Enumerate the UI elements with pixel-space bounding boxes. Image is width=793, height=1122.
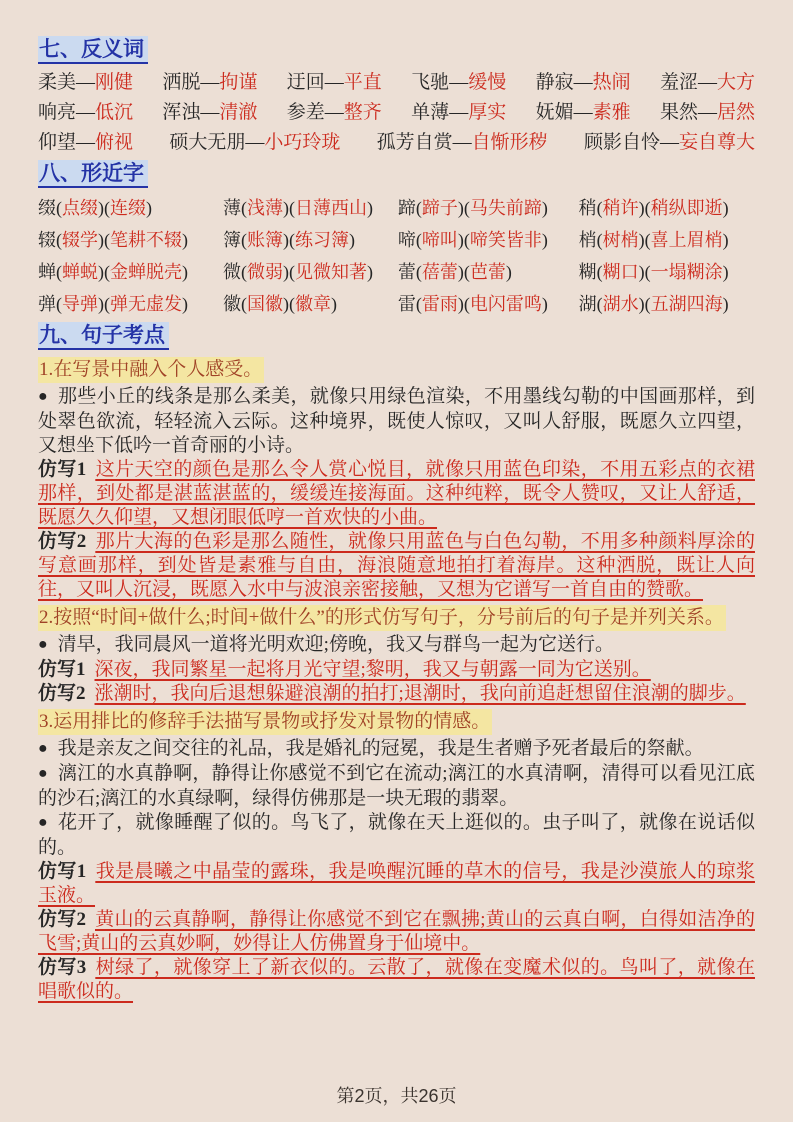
similar-char-word: 点缀 xyxy=(62,198,98,218)
antonym-row: 仰望—俯视硕大无朋—小巧玲珑孤芳自赏—自惭形秽顾影自怜—妄自尊大 xyxy=(38,128,755,158)
bullet-icon: ● xyxy=(38,636,48,653)
similar-char-head: 簿 xyxy=(223,230,241,250)
paren-close: ) xyxy=(542,294,548,314)
example-text: 花开了，就像睡醒了似的。鸟飞了，就像在天上逛似的。虫子叫了，就像在说话似的。 xyxy=(38,812,755,858)
similar-char-word: 日薄西山 xyxy=(295,198,367,218)
antonym-pair: 妩媚—素雅 xyxy=(536,98,631,128)
antonym-pair: 飞驰—缓慢 xyxy=(411,68,506,98)
paren-close: ) xyxy=(182,294,188,314)
imitation-text: 那片大海的色彩是那么随性，就像只用蓝色与白色勾勒，不用多种颜料厚涂的写意画那样，… xyxy=(38,531,755,600)
antonym-dash: — xyxy=(325,102,344,123)
similar-char-head: 弹 xyxy=(38,294,56,314)
imitation-text: 这片天空的颜色是那么令人赏心悦目，就像只用蓝色印染，不用五彩点的衣裙那样，到处都… xyxy=(38,459,755,528)
imitation-text: 黄山的云真静啊，静得让你感觉不到它在飘拂;黄山的云真白啊，白得如洁净的飞雪;黄山… xyxy=(38,909,755,954)
antonym-word: 妩媚 xyxy=(536,102,574,123)
antonym-word: 洒脱 xyxy=(162,72,200,93)
paren-close: ) xyxy=(182,230,188,250)
similar-char-head: 徽 xyxy=(223,294,241,314)
antonym-answer: 大方 xyxy=(717,72,755,93)
antonym-dash: — xyxy=(76,72,95,93)
antonym-pair: 浑浊—清澈 xyxy=(162,98,257,128)
antonym-dash: — xyxy=(200,102,219,123)
similar-char-head: 蝉 xyxy=(38,262,56,282)
similar-char-entry: 蝉(蝉蜕)(金蝉脱壳) xyxy=(38,256,223,288)
paren-close: ) xyxy=(723,262,729,282)
antonym-list: 柔美—刚健洒脱—拘谨迂回—平直飞驰—缓慢静寂—热闹羞涩—大方响亮—低沉浑浊—清澈… xyxy=(38,68,755,158)
antonym-answer: 素雅 xyxy=(593,102,631,123)
antonym-answer: 厚实 xyxy=(468,102,506,123)
antonym-dash: — xyxy=(698,102,717,123)
similar-char-entry: 辍(辍学)(笔耕不辍) xyxy=(38,224,223,256)
similar-char-head: 辍 xyxy=(38,230,56,250)
antonym-answer: 低沉 xyxy=(95,102,133,123)
paren-close: ) xyxy=(146,198,152,218)
antonym-word: 浑浊 xyxy=(162,102,200,123)
antonym-word: 柔美 xyxy=(38,72,76,93)
imitation-label: 仿写2 xyxy=(38,683,86,704)
example-sentence: ●漓江的水真静啊，静得让你感觉不到它在流动;漓江的水真清啊，清得可以看见江底的沙… xyxy=(38,762,755,811)
example-text: 清早，我同晨风一道将光明欢迎;傍晚，我又与群鸟一起为它送行。 xyxy=(58,634,614,655)
antonym-dash: — xyxy=(453,132,472,153)
antonym-dash: — xyxy=(76,102,95,123)
antonym-dash: — xyxy=(660,132,679,153)
section-similar-chars: 八、形近字 缀(点缀)(连缀)薄(浅薄)(日薄西山)蹄(蹄子)(马失前蹄)稍(稍… xyxy=(38,160,755,320)
similar-char-word: 笔耕不辍 xyxy=(110,230,182,250)
antonym-answer: 小巧玲珑 xyxy=(264,132,340,153)
similar-char-word: 金蝉脱壳 xyxy=(110,262,182,282)
antonym-answer: 自惭形秽 xyxy=(472,132,548,153)
similar-char-head: 蹄 xyxy=(398,198,416,218)
similar-char-entry: 微(微弱)(见微知著) xyxy=(223,256,398,288)
paren-close: ) xyxy=(723,230,729,250)
imitation-sentence: 仿写1这片天空的颜色是那么令人赏心悦目，就像只用蓝色印染，不用五彩点的衣裙那样，… xyxy=(38,458,755,530)
similar-char-word: 芭蕾 xyxy=(470,262,506,282)
imitation-text: 我是晨曦之中晶莹的露珠，我是唤醒沉睡的草木的信号，我是沙漠旅人的琼浆玉液。 xyxy=(38,861,755,906)
similar-char-word: 喜上眉梢 xyxy=(651,230,723,250)
similar-char-word: 稍许 xyxy=(603,198,639,218)
example-text: 我是亲友之间交往的礼品，我是婚礼的冠冕，我是生者赠予死者最后的祭献。 xyxy=(58,738,704,759)
imitation-sentence: 仿写2那片大海的色彩是那么随性，就像只用蓝色与白色勾勒，不用多种颜料厚涂的写意画… xyxy=(38,530,755,602)
section-similar-chars-title: 八、形近字 xyxy=(38,160,148,188)
sentence-point-text: 2.按照“时间+做什么;时间+做什么”的形式仿写句子，分号前后的句子是并列关系。 xyxy=(38,605,726,631)
antonym-dash: — xyxy=(574,72,593,93)
paren-close: ) xyxy=(723,294,729,314)
antonym-word: 单薄 xyxy=(411,102,449,123)
similar-char-entry: 薄(浅薄)(日薄西山) xyxy=(223,192,398,224)
sentence-point-text: 3.运用排比的修辞手法描写景物或抒发对景物的情感。 xyxy=(38,709,492,735)
similar-char-word: 湖水 xyxy=(603,294,639,314)
paren-close: ) xyxy=(367,262,373,282)
antonym-pair: 参差—整齐 xyxy=(287,98,382,128)
antonym-word: 硕大无朋 xyxy=(169,132,245,153)
page-number: 第2页，共26页 xyxy=(0,1082,793,1108)
antonym-pair: 响亮—低沉 xyxy=(38,98,133,128)
antonym-word: 飞驰 xyxy=(411,72,449,93)
antonym-pair: 迂回—平直 xyxy=(287,68,382,98)
sentence-point: 2.按照“时间+做什么;时间+做什么”的形式仿写句子，分号前后的句子是并列关系。 xyxy=(38,605,755,630)
section-antonyms-title: 七、反义词 xyxy=(38,36,148,64)
antonym-word: 羞涩 xyxy=(660,72,698,93)
antonym-pair: 单薄—厚实 xyxy=(411,98,506,128)
imitation-label: 仿写3 xyxy=(38,957,86,978)
imitation-label: 仿写2 xyxy=(38,531,86,552)
antonym-answer: 俯视 xyxy=(95,132,133,153)
sentence-point-text: 1.在写景中融入个人感受。 xyxy=(38,357,264,383)
imitation-text: 涨潮时，我向后退想躲避浪潮的拍打;退潮时，我向前追赶想留住浪潮的脚步。 xyxy=(95,683,746,704)
antonym-answer: 居然 xyxy=(717,102,755,123)
similar-char-entry: 雷(雷雨)(电闪雷鸣) xyxy=(398,288,579,320)
imitation-text: 树绿了，就像穿上了新衣似的。云散了，就像在变魔术似的。鸟叫了，就像在唱歌似的。 xyxy=(38,957,755,1002)
antonym-pair: 洒脱—拘谨 xyxy=(162,68,257,98)
bullet-icon: ● xyxy=(38,814,48,831)
similar-char-word: 账簿 xyxy=(247,230,283,250)
imitation-label: 仿写2 xyxy=(38,909,86,930)
similar-char-entry: 簿(账簿)(练习簿) xyxy=(223,224,398,256)
antonym-word: 仰望 xyxy=(38,132,76,153)
similar-char-word: 电闪雷鸣 xyxy=(470,294,542,314)
imitation-sentence: 仿写2黄山的云真静啊，静得让你感觉不到它在飘拂;黄山的云真白啊，白得如洁净的飞雪… xyxy=(38,908,755,956)
antonym-word: 迂回 xyxy=(287,72,325,93)
antonym-pair: 静寂—热闹 xyxy=(536,68,631,98)
antonym-answer: 热闹 xyxy=(593,72,631,93)
similar-char-entry: 湖(湖水)(五湖四海) xyxy=(579,288,755,320)
sentence-items: 1.在写景中融入个人感受。●那些小丘的线条是那么柔美，就像只用绿色渲染，不用墨线… xyxy=(38,357,755,1004)
similar-char-word: 五湖四海 xyxy=(651,294,723,314)
antonym-answer: 整齐 xyxy=(344,102,382,123)
antonym-word: 参差 xyxy=(287,102,325,123)
imitation-sentence: 仿写3树绿了，就像穿上了新衣似的。云散了，就像在变魔术似的。鸟叫了，就像在唱歌似… xyxy=(38,956,755,1004)
antonym-answer: 妄自尊大 xyxy=(679,132,755,153)
bullet-icon: ● xyxy=(38,765,48,782)
imitation-label: 仿写1 xyxy=(38,659,86,680)
antonym-dash: — xyxy=(325,72,344,93)
section-sentences-title: 九、句子考点 xyxy=(38,322,169,350)
similar-chars-grid: 缀(点缀)(连缀)薄(浅薄)(日薄西山)蹄(蹄子)(马失前蹄)稍(稍许)(稍纵即… xyxy=(38,192,755,320)
similar-char-entry: 弹(导弹)(弹无虚发) xyxy=(38,288,223,320)
section-sentences: 九、句子考点 1.在写景中融入个人感受。●那些小丘的线条是那么柔美，就像只用绿色… xyxy=(38,322,755,1004)
antonym-dash: — xyxy=(449,72,468,93)
imitation-text: 深夜，我同繁星一起将月光守望;黎明，我又与朝露一同为它送别。 xyxy=(95,659,651,680)
paren-close: ) xyxy=(331,294,337,314)
similar-char-word: 徽章 xyxy=(295,294,331,314)
antonym-dash: — xyxy=(698,72,717,93)
similar-char-entry: 蹄(蹄子)(马失前蹄) xyxy=(398,192,579,224)
similar-char-head: 啼 xyxy=(398,230,416,250)
antonym-dash: — xyxy=(76,132,95,153)
similar-char-word: 国徽 xyxy=(247,294,283,314)
antonym-row: 柔美—刚健洒脱—拘谨迂回—平直飞驰—缓慢静寂—热闹羞涩—大方 xyxy=(38,68,755,98)
similar-char-word: 雷雨 xyxy=(422,294,458,314)
bullet-icon: ● xyxy=(38,388,48,405)
similar-char-word: 蓓蕾 xyxy=(422,262,458,282)
imitation-sentence: 仿写1我是晨曦之中晶莹的露珠，我是唤醒沉睡的草木的信号，我是沙漠旅人的琼浆玉液。 xyxy=(38,860,755,908)
similar-char-head: 湖 xyxy=(579,294,597,314)
similar-char-word: 啼笑皆非 xyxy=(470,230,542,250)
antonym-word: 静寂 xyxy=(536,72,574,93)
antonym-pair: 顾影自怜—妄自尊大 xyxy=(584,128,755,158)
sentence-point: 3.运用排比的修辞手法描写景物或抒发对景物的情感。 xyxy=(38,709,755,734)
similar-char-entry: 徽(国徽)(徽章) xyxy=(223,288,398,320)
similar-char-word: 辍学 xyxy=(62,230,98,250)
antonym-answer: 清澈 xyxy=(219,102,257,123)
similar-char-entry: 梢(树梢)(喜上眉梢) xyxy=(579,224,755,256)
example-sentence: ●我是亲友之间交往的礼品，我是婚礼的冠冕，我是生者赠予死者最后的祭献。 xyxy=(38,737,755,762)
paren-close: ) xyxy=(723,198,729,218)
antonym-answer: 拘谨 xyxy=(219,72,257,93)
antonym-row: 响亮—低沉浑浊—清澈参差—整齐单薄—厚实妩媚—素雅果然—居然 xyxy=(38,98,755,128)
antonym-pair: 仰望—俯视 xyxy=(38,128,133,158)
similar-char-entry: 糊(糊口)(一塌糊涂) xyxy=(579,256,755,288)
similar-char-word: 啼叫 xyxy=(422,230,458,250)
similar-char-word: 稍纵即逝 xyxy=(651,198,723,218)
similar-char-head: 微 xyxy=(223,262,241,282)
paren-close: ) xyxy=(542,230,548,250)
antonym-dash: — xyxy=(245,132,264,153)
paren-close: ) xyxy=(367,198,373,218)
similar-char-entry: 啼(啼叫)(啼笑皆非) xyxy=(398,224,579,256)
antonym-dash: — xyxy=(449,102,468,123)
imitation-sentence: 仿写1深夜，我同繁星一起将月光守望;黎明，我又与朝露一同为它送别。 xyxy=(38,658,755,682)
antonym-word: 顾影自怜 xyxy=(584,132,660,153)
bullet-icon: ● xyxy=(38,740,48,757)
antonym-word: 果然 xyxy=(660,102,698,123)
antonym-pair: 果然—居然 xyxy=(660,98,755,128)
imitation-label: 仿写1 xyxy=(38,861,86,882)
example-text: 漓江的水真静啊，静得让你感觉不到它在流动;漓江的水真清啊，清得可以看见江底的沙石… xyxy=(38,763,755,809)
paren-close: ) xyxy=(349,230,355,250)
similar-char-word: 蝉蜕 xyxy=(62,262,98,282)
similar-char-head: 糊 xyxy=(579,262,597,282)
similar-char-entry: 缀(点缀)(连缀) xyxy=(38,192,223,224)
example-sentence: ●花开了，就像睡醒了似的。鸟飞了，就像在天上逛似的。虫子叫了，就像在说话似的。 xyxy=(38,811,755,860)
antonym-pair: 孤芳自赏—自惭形秽 xyxy=(377,128,548,158)
antonym-answer: 缓慢 xyxy=(468,72,506,93)
antonym-dash: — xyxy=(200,72,219,93)
similar-char-entry: 稍(稍许)(稍纵即逝) xyxy=(579,192,755,224)
worksheet-page: 七、反义词 柔美—刚健洒脱—拘谨迂回—平直飞驰—缓慢静寂—热闹羞涩—大方响亮—低… xyxy=(0,0,793,1122)
antonym-word: 孤芳自赏 xyxy=(377,132,453,153)
example-text: 那些小丘的线条是那么柔美，就像只用绿色渲染，不用墨线勾勒的中国画那样，到处翠色欲… xyxy=(38,386,755,456)
antonym-word: 响亮 xyxy=(38,102,76,123)
similar-char-entry: 蕾(蓓蕾)(芭蕾) xyxy=(398,256,579,288)
antonym-dash: — xyxy=(574,102,593,123)
similar-char-word: 弹无虚发 xyxy=(110,294,182,314)
similar-char-word: 树梢 xyxy=(603,230,639,250)
similar-char-word: 蹄子 xyxy=(422,198,458,218)
imitation-sentence: 仿写2涨潮时，我向后退想躲避浪潮的拍打;退潮时，我向前追赶想留住浪潮的脚步。 xyxy=(38,682,755,706)
similar-char-word: 微弱 xyxy=(247,262,283,282)
paren-close: ) xyxy=(542,198,548,218)
similar-char-head: 雷 xyxy=(398,294,416,314)
antonym-answer: 平直 xyxy=(344,72,382,93)
similar-char-head: 缀 xyxy=(38,198,56,218)
similar-char-head: 稍 xyxy=(579,198,597,218)
similar-char-word: 连缀 xyxy=(110,198,146,218)
sentence-point: 1.在写景中融入个人感受。 xyxy=(38,357,755,382)
example-sentence: ●清早，我同晨风一道将光明欢迎;傍晚，我又与群鸟一起为它送行。 xyxy=(38,633,755,658)
similar-char-head: 蕾 xyxy=(398,262,416,282)
similar-char-head: 梢 xyxy=(579,230,597,250)
similar-char-head: 薄 xyxy=(223,198,241,218)
similar-char-word: 练习簿 xyxy=(295,230,349,250)
antonym-pair: 柔美—刚健 xyxy=(38,68,133,98)
example-sentence: ●那些小丘的线条是那么柔美，就像只用绿色渲染，不用墨线勾勒的中国画那样，到处翠色… xyxy=(38,385,755,458)
similar-char-word: 糊口 xyxy=(603,262,639,282)
paren-close: ) xyxy=(506,262,512,282)
similar-char-word: 马失前蹄 xyxy=(470,198,542,218)
similar-char-word: 浅薄 xyxy=(247,198,283,218)
similar-char-word: 一塌糊涂 xyxy=(651,262,723,282)
antonym-answer: 刚健 xyxy=(95,72,133,93)
paren-close: ) xyxy=(182,262,188,282)
similar-char-word: 导弹 xyxy=(62,294,98,314)
imitation-label: 仿写1 xyxy=(38,459,86,480)
antonym-pair: 羞涩—大方 xyxy=(660,68,755,98)
section-antonyms: 七、反义词 柔美—刚健洒脱—拘谨迂回—平直飞驰—缓慢静寂—热闹羞涩—大方响亮—低… xyxy=(38,36,755,158)
similar-char-word: 见微知著 xyxy=(295,262,367,282)
antonym-pair: 硕大无朋—小巧玲珑 xyxy=(169,128,340,158)
